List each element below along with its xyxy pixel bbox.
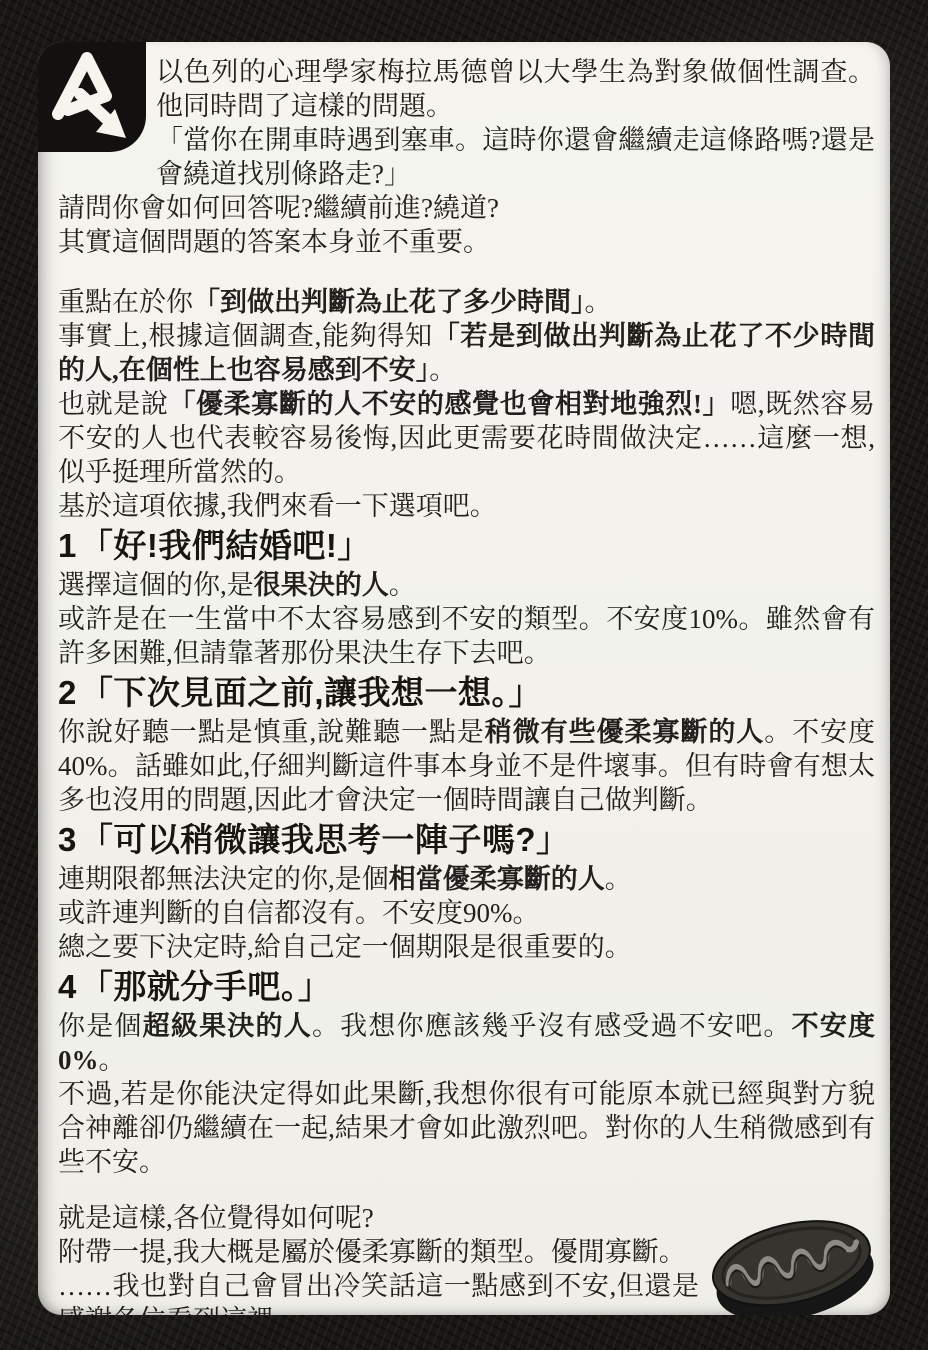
analysis-paragraph: 重點在於你「到做出判斷為止花了多少時間」。: [58, 285, 875, 319]
option-section-2: 2「下次見面之前,讓我想一想。」 你說好聽一點是慎重,說難聽一點是稍微有些優柔寡…: [58, 670, 875, 817]
text-segment: 選擇這個的你,是: [58, 570, 254, 600]
option-heading: 3「可以稍微讓我思考一陣子嗎?」: [58, 817, 875, 862]
option-title: 「那就分手吧。」: [80, 968, 332, 1005]
option-title: 「可以稍微讓我思考一陣子嗎?」: [80, 821, 570, 858]
seal-stamp: [705, 1213, 881, 1315]
option-number: 2: [58, 674, 77, 711]
book-page: 以色列的心理學家梅拉馬德曾以大學生為對象做個性調查。他同時問了這樣的問題。 「當…: [38, 42, 890, 1315]
page-content: 以色列的心理學家梅拉馬德曾以大學生為對象做個性調查。他同時問了這樣的問題。 「當…: [38, 42, 890, 1315]
option-body-paragraph: 你說好聽一點是慎重,說難聽一點是稍微有些優柔寡斷的人。不安度40%。話雖如此,仔…: [58, 715, 875, 817]
text-segment: 重點在於你: [58, 287, 193, 317]
text-segment: 或許是在一生當中不太容易感到不安的類型。不安度10%。雖然會有許多困難,但請靠著…: [58, 604, 875, 668]
text-segment: 你說好聽一點是慎重,說難聽一點是: [58, 717, 485, 747]
textured-frame: 以色列的心理學家梅拉馬德曾以大學生為對象做個性調查。他同時問了這樣的問題。 「當…: [0, 0, 928, 1350]
intro-paragraph: 其實這個問題的答案本身並不重要。: [58, 225, 875, 259]
scribble-seal-icon: [705, 1213, 881, 1315]
text-segment: 。: [389, 570, 416, 600]
text-segment-bold: 「到做出判斷為止花了多少時間」: [193, 287, 585, 317]
text-segment: 。: [585, 287, 612, 317]
text-segment: 。我想你應該幾乎沒有感受過不安吧。: [312, 1011, 792, 1041]
intro-paragraph: 請問你會如何回答呢?繼續前進?繞道?: [58, 191, 875, 225]
option-number: 4: [58, 968, 77, 1005]
option-number: 1: [58, 527, 77, 564]
text-segment: 或許連判斷的自信都沒有。不安度90%。: [58, 898, 540, 928]
analysis-paragraph: 事實上,根據這個調查,能夠得知「若是到做出判斷為止花了不少時間的人,在個性上也容…: [58, 319, 875, 387]
text-segment: 。: [429, 355, 456, 385]
text-segment: 連期限都無法決定的你,是個: [58, 864, 389, 894]
option-body-paragraph: 你是個超級果決的人。我想你應該幾乎沒有感受過不安吧。不安度0%。: [58, 1009, 875, 1077]
option-section-1: 1「好!我們結婚吧!」 選擇這個的你,是很果決的人。 或許是在一生當中不太容易感…: [58, 523, 875, 670]
option-body-paragraph: 或許連判斷的自信都沒有。不安度90%。: [58, 896, 875, 930]
text-segment: 總之要下決定時,給自己定一個期限是很重要的。: [58, 932, 632, 962]
text-segment: 你是個: [58, 1011, 143, 1041]
option-title: 「好!我們結婚吧!」: [80, 527, 371, 564]
text-segment: 基於這項依據,我們來看一下選項吧。: [58, 491, 497, 521]
text-segment-bold: 超級果決的人: [143, 1011, 312, 1041]
option-heading: 2「下次見面之前,讓我想一想。」: [58, 670, 875, 715]
option-title: 「下次見面之前,讓我想一想。」: [80, 674, 542, 711]
option-section-4: 4「那就分手吧。」 你是個超級果決的人。我想你應該幾乎沒有感受過不安吧。不安度0…: [58, 964, 875, 1179]
option-heading: 4「那就分手吧。」: [58, 964, 875, 1009]
option-body-paragraph: 選擇這個的你,是很果決的人。: [58, 568, 875, 602]
analysis-paragraph: 基於這項依據,我們來看一下選項吧。: [58, 489, 875, 523]
option-body-paragraph: 連期限都無法決定的你,是個相當優柔寡斷的人。: [58, 862, 875, 896]
text-segment-bold: 「優柔寡斷的人不安的感覺也會相對地強烈!」: [168, 389, 730, 419]
option-body-paragraph: 不過,若是你能決定得如此果斷,我想你很有可能原本就已經與對方貌合神離卻仍繼續在一…: [58, 1077, 875, 1179]
analysis-paragraph: 也就是說「優柔寡斷的人不安的感覺也會相對地強烈!」嗯,既然容易不安的人也代表較容…: [58, 387, 875, 489]
a-arrow-icon: [38, 42, 146, 152]
text-segment: 事實上,根據這個調查,能夠得知: [58, 321, 433, 351]
text-segment: 也就是說: [58, 389, 168, 419]
intro-paragraph: 「當你在開車時遇到塞車。這時你還會繼續走這條路嗎?還是會繞道找別條路走?」: [58, 123, 875, 191]
outro-section: 就是這樣,各位覺得如何呢? 附帶一提,我大概是屬於優柔寡斷的類型。優閒寡斷。 ……: [58, 1201, 875, 1315]
text-segment-bold: 很果決的人: [254, 570, 389, 600]
option-number: 3: [58, 821, 77, 858]
option-body-paragraph: 或許是在一生當中不太容易感到不安的類型。不安度10%。雖然會有許多困難,但請靠著…: [58, 602, 875, 670]
answer-corner-block: [38, 42, 146, 152]
option-heading: 1「好!我們結婚吧!」: [58, 523, 875, 568]
text-segment: 。: [99, 1045, 126, 1075]
text-segment: 。: [605, 864, 632, 894]
intro-paragraph: 以色列的心理學家梅拉馬德曾以大學生為對象做個性調查。他同時問了這樣的問題。: [58, 55, 875, 123]
text-segment: 不過,若是你能決定得如此果斷,我想你很有可能原本就已經與對方貌合神離卻仍繼續在一…: [58, 1079, 875, 1177]
text-segment-bold: 稍微有些優柔寡斷的人: [485, 717, 764, 747]
option-section-3: 3「可以稍微讓我思考一陣子嗎?」 連期限都無法決定的你,是個相當優柔寡斷的人。 …: [58, 817, 875, 964]
option-body-paragraph: 總之要下決定時,給自己定一個期限是很重要的。: [58, 930, 875, 964]
text-segment-bold: 相當優柔寡斷的人: [389, 864, 605, 894]
